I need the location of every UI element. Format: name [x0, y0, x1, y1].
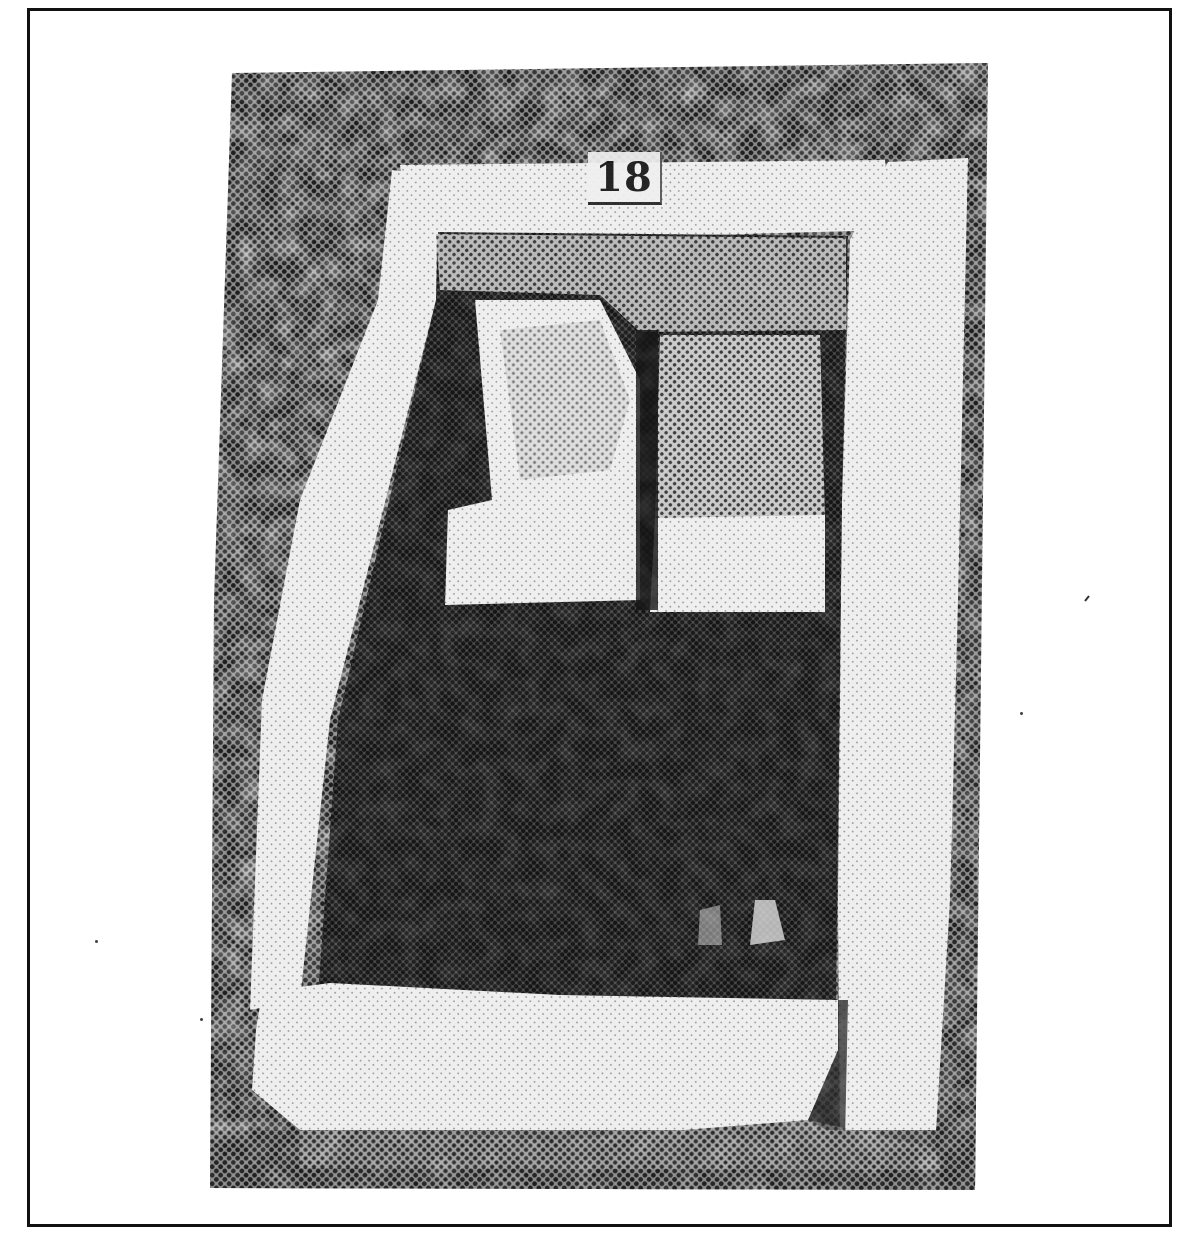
paper-speck: [1020, 712, 1023, 715]
specimen-number-label: 18: [588, 152, 662, 205]
paper-speck: [1085, 596, 1089, 601]
paper-speck: [200, 1018, 203, 1021]
paper-speck: [95, 940, 98, 943]
